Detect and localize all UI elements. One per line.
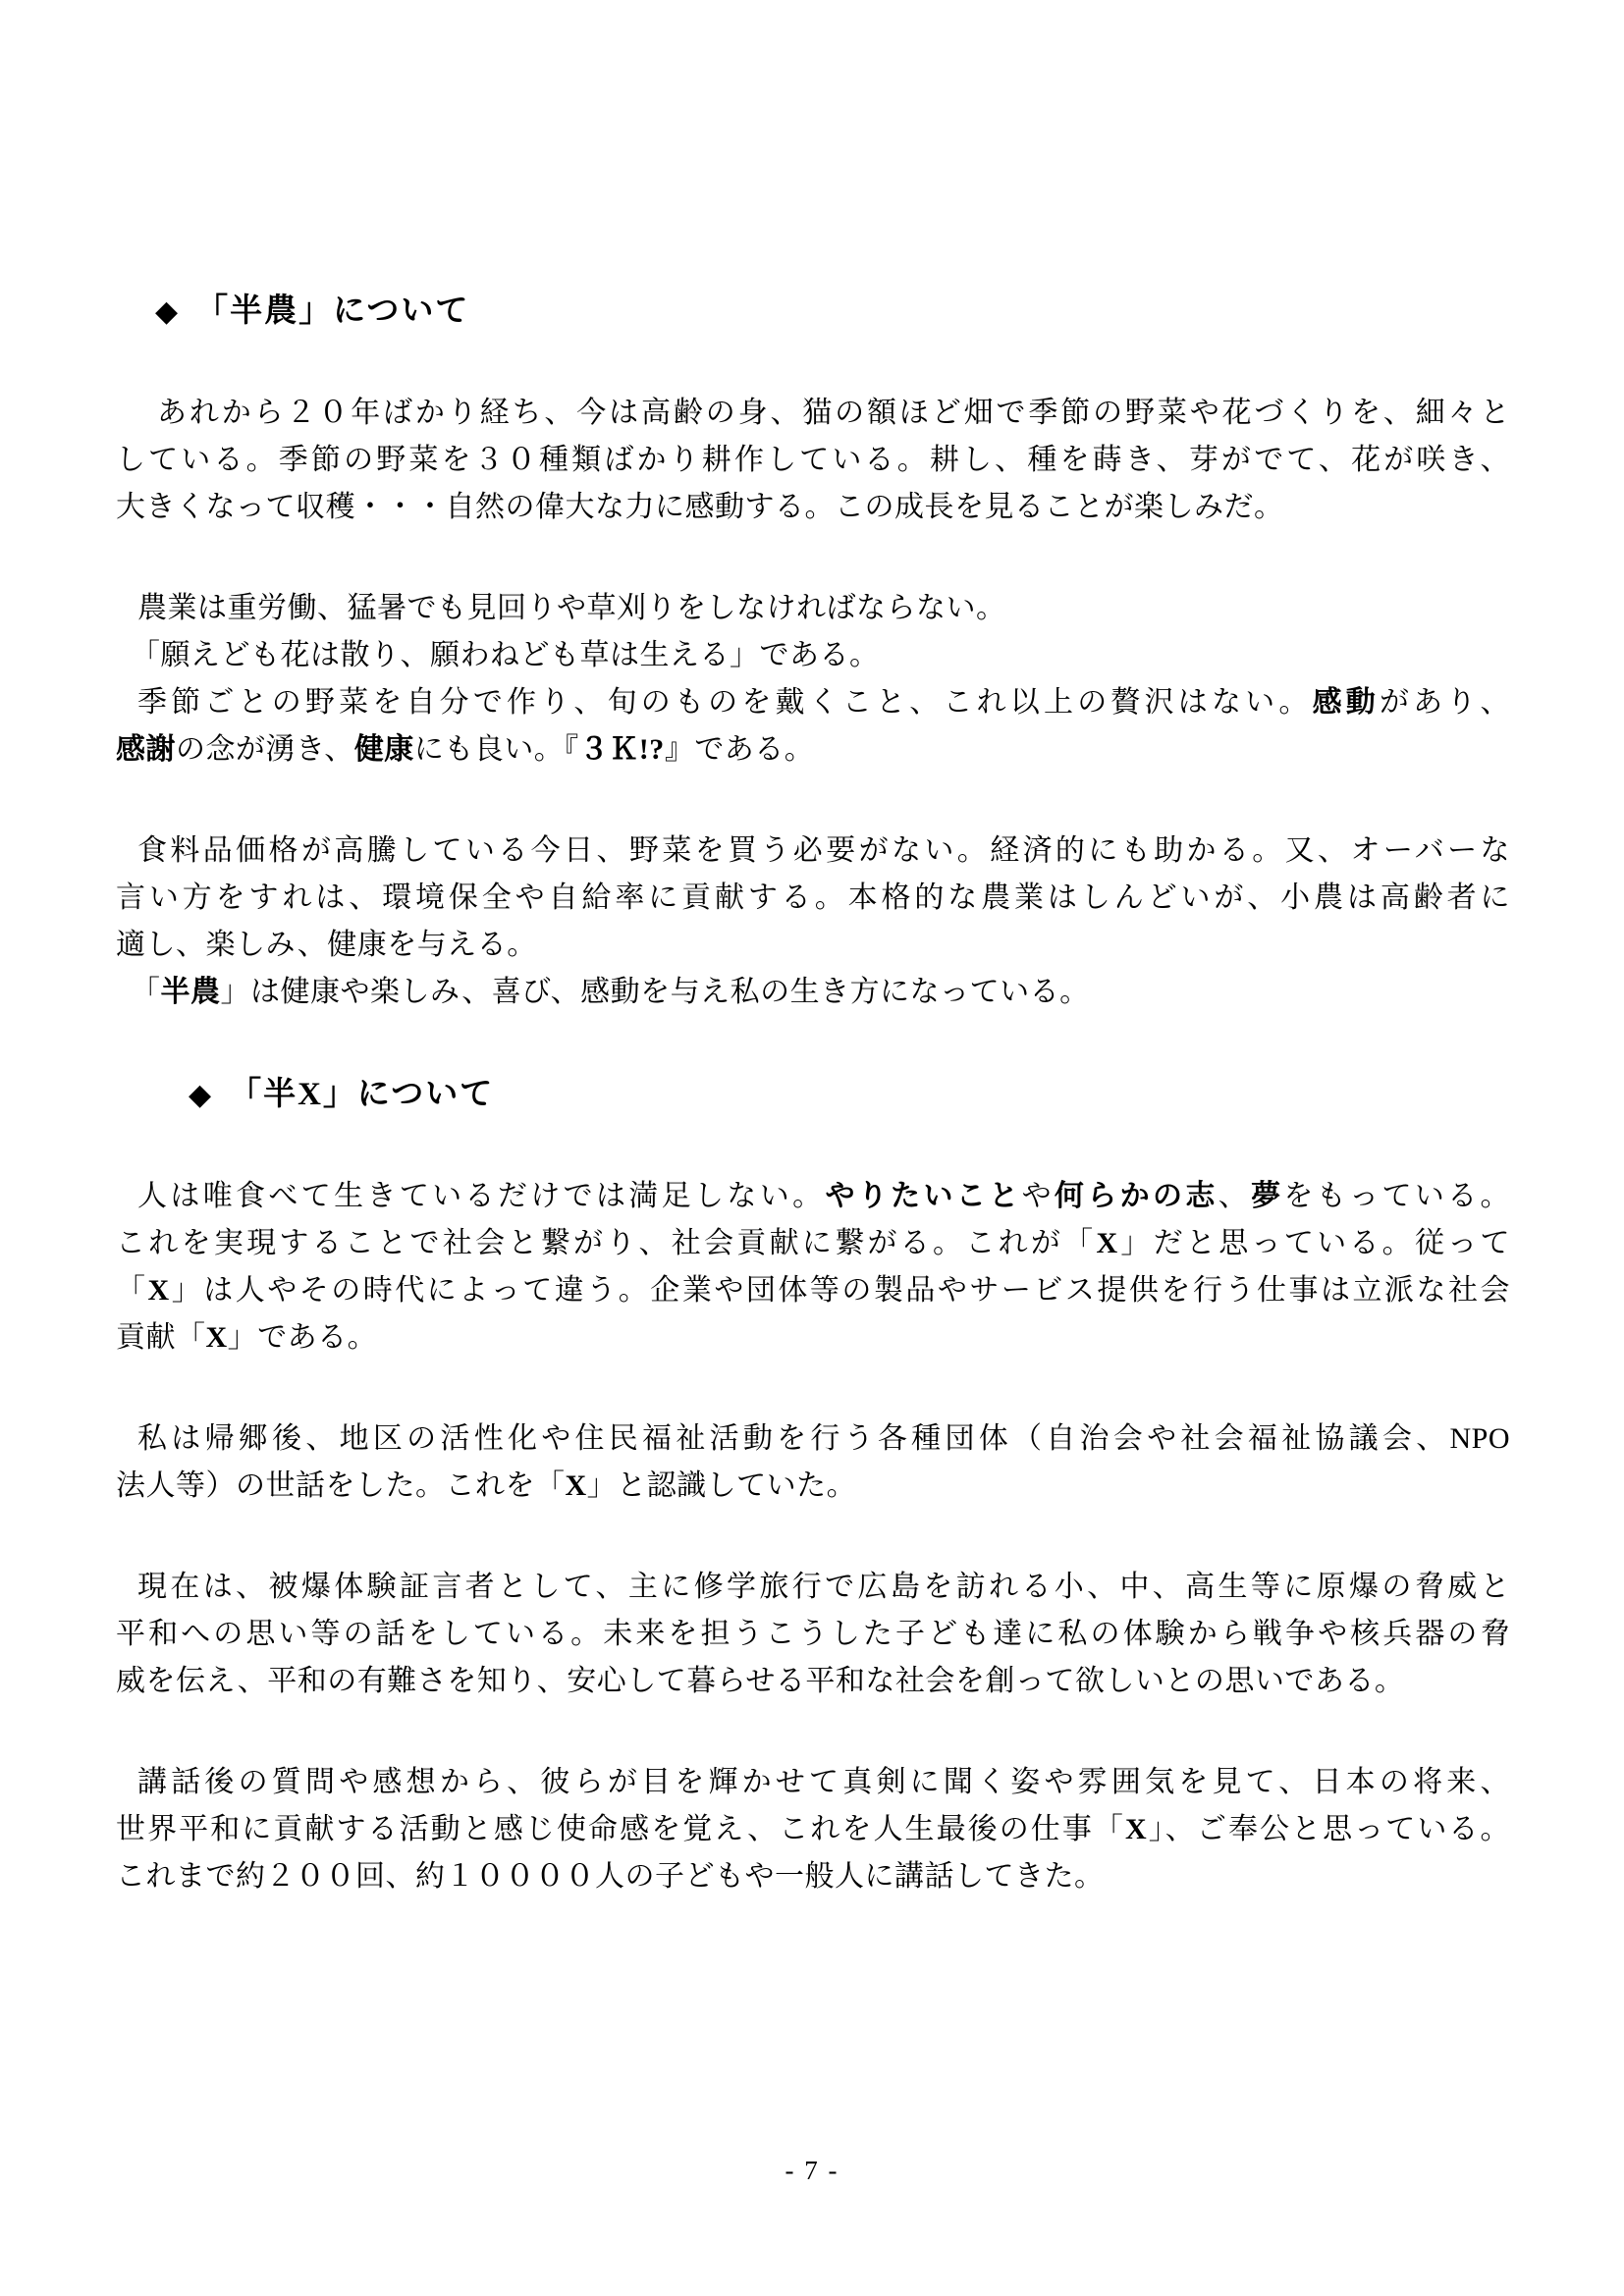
text-line: 言い方をすれは、環境保全や自給率に貢献する。本格的な農業はしんどいが、小農は高齢… bbox=[116, 875, 1510, 922]
text-segment: 農業は重労働、猛暑でも見回りや草刈りをしなければならない。 bbox=[137, 592, 1006, 624]
text-segment: があり、 bbox=[1380, 686, 1510, 719]
text-line: 法人等）の世話をした。これを「X」と認識していた。 bbox=[116, 1463, 1510, 1510]
text-line: 貢献「X」である。 bbox=[116, 1314, 1510, 1362]
paragraph-hanx-intro: 人は唯食べて生きているだけでは満足しない。やりたいことや何らかの志、夢をもってい… bbox=[116, 1173, 1510, 1362]
heading-line: ◆「半X」について bbox=[189, 1071, 1510, 1119]
text-segment: にも良い。『 bbox=[414, 733, 579, 766]
text-segment: これまで約２００回、約１００００人の子どもや一般人に講話してきた。 bbox=[116, 1860, 1105, 1893]
text-segment: 平和への思い等の話をしている。未来を担うこうした子ども達に私の体験から戦争や核兵… bbox=[116, 1618, 1510, 1650]
bold-text-segment: 感謝 bbox=[116, 733, 176, 766]
diamond-bullet-icon: ◆ bbox=[155, 289, 180, 336]
document-page: ◆「半農」についてあれから２０年ばかり経ち、今は高齢の身、猫の額ほど畑で季節の野… bbox=[0, 0, 1624, 2296]
paragraph-economy-environment: 食料品価格が高騰している今日、野菜を買う必要がない。経済的にも助かる。又、オーバ… bbox=[116, 828, 1510, 1016]
text-segment: 法人等）の世話をした。これを「 bbox=[116, 1469, 566, 1502]
text-line: 現在は、被爆体験証言者として、主に修学旅行で広島を訪れる小、中、高生等に原爆の脅… bbox=[116, 1564, 1510, 1611]
text-line: 「願えども花は散り、願わねども草は生える」である。 bbox=[116, 632, 1510, 679]
paragraph-hibaku-testimony: 現在は、被爆体験証言者として、主に修学旅行で広島を訪れる小、中、高生等に原爆の脅… bbox=[116, 1564, 1510, 1705]
text-segment: 人は唯食べて生きているだけでは満足しない。 bbox=[137, 1180, 825, 1212]
bold-text-segment: 半農 bbox=[161, 976, 221, 1008]
paragraph-farm-labor-and-reward: 農業は重労働、猛暑でも見回りや草刈りをしなければならない。「願えども花は散り、願… bbox=[116, 585, 1510, 774]
text-segment: している。季節の野菜を３０種類ばかり耕作している。耕し、種を蒔き、芽がでて、花が… bbox=[116, 444, 1510, 476]
text-segment: をもっている。 bbox=[1283, 1180, 1510, 1212]
bold-text-segment: X bbox=[566, 1469, 587, 1502]
text-segment: 大きくなって収穫・・・自然の偉大な力に感動する。この成長を見ることが楽しみだ。 bbox=[116, 491, 1284, 523]
paragraph-lectures-mission: 講話後の質問や感想から、彼らが目を輝かせて真剣に聞く姿や雰囲気を見て、日本の将来… bbox=[116, 1759, 1510, 1900]
bold-text-segment: X bbox=[148, 1274, 170, 1307]
text-segment: 」、ご奉公と思っている。 bbox=[1147, 1813, 1510, 1845]
bold-text-segment: X bbox=[1096, 1227, 1117, 1259]
text-line: している。季節の野菜を３０種類ばかり耕作している。耕し、種を蒔き、芽がでて、花が… bbox=[116, 437, 1510, 484]
text-segment: や bbox=[1022, 1180, 1055, 1212]
text-line: あれから２０年ばかり経ち、今は高齢の身、猫の額ほど畑で季節の野菜や花づくりを、細… bbox=[116, 390, 1510, 437]
bold-text-segment: X bbox=[206, 1321, 228, 1354]
text-segment: 私は帰郷後、地区の活性化や住民福祉活動を行う各種団体（自治会や社会福祉協議会、N… bbox=[137, 1422, 1510, 1455]
bold-text-segment: 健康 bbox=[354, 733, 414, 766]
text-line: 農業は重労働、猛暑でも見回りや草刈りをしなければならない。 bbox=[116, 585, 1510, 632]
text-segment: 「半X」について bbox=[229, 1077, 494, 1112]
text-segment: 』である。 bbox=[665, 733, 815, 766]
text-segment: 「 bbox=[116, 1274, 148, 1307]
text-segment: 「 bbox=[131, 976, 161, 1008]
document-body: ◆「半農」についてあれから２０年ばかり経ち、今は高齢の身、猫の額ほど畑で季節の野… bbox=[116, 288, 1510, 1954]
text-segment: 現在は、被爆体験証言者として、主に修学旅行で広島を訪れる小、中、高生等に原爆の脅… bbox=[137, 1571, 1510, 1603]
text-segment: 世界平和に貢献する活動と感じ使命感を覚え、これを人生最後の仕事「 bbox=[116, 1813, 1125, 1845]
diamond-bullet-icon: ◆ bbox=[189, 1072, 213, 1119]
bold-text-segment: 感動 bbox=[1313, 686, 1380, 719]
text-segment: 、 bbox=[1218, 1180, 1251, 1212]
text-line: 私は帰郷後、地区の活性化や住民福祉活動を行う各種団体（自治会や社会福祉協議会、N… bbox=[116, 1415, 1510, 1463]
paragraph-hannou-intro: あれから２０年ばかり経ち、今は高齢の身、猫の額ほど畑で季節の野菜や花づくりを、細… bbox=[116, 390, 1510, 531]
text-line: 大きくなって収穫・・・自然の偉大な力に感動する。この成長を見ることが楽しみだ。 bbox=[116, 484, 1510, 531]
heading-line: ◆「半農」について bbox=[155, 288, 1510, 336]
text-segment: 」は人やその時代によって違う。企業や団体等の製品やサービス提供を行う仕事は立派な… bbox=[170, 1274, 1510, 1307]
text-segment: 」だと思っている。従って bbox=[1118, 1227, 1510, 1259]
section-heading-hanx: ◆「半X」について bbox=[116, 1071, 1510, 1119]
text-line: 平和への思い等の話をしている。未来を担うこうした子ども達に私の体験から戦争や核兵… bbox=[116, 1611, 1510, 1658]
page-number-footer: - 7 - bbox=[0, 2156, 1624, 2186]
text-segment: 」は健康や楽しみ、喜び、感動を与え私の生き方になっている。 bbox=[221, 976, 1090, 1008]
text-segment: 「半農」について bbox=[195, 294, 469, 329]
section-heading-hannou: ◆「半農」について bbox=[116, 288, 1510, 336]
text-line: 感謝の念が湧き、健康にも良い。『３Ｋ!?』である。 bbox=[116, 726, 1510, 774]
bold-text-segment: 夢 bbox=[1251, 1180, 1283, 1212]
text-line: これを実現することで社会と繋がり、社会貢献に繋がる。これが「X」だと思っている。… bbox=[116, 1220, 1510, 1267]
text-segment: これを実現することで社会と繋がり、社会貢献に繋がる。これが「 bbox=[116, 1227, 1096, 1259]
text-segment: 季節ごとの野菜を自分で作り、旬のものを戴くこと、これ以上の贅沢はない。 bbox=[137, 686, 1313, 719]
text-line: 食料品価格が高騰している今日、野菜を買う必要がない。経済的にも助かる。又、オーバ… bbox=[116, 828, 1510, 875]
bold-text-segment: やりたいこと bbox=[825, 1180, 1021, 1212]
text-segment: 」である。 bbox=[228, 1321, 378, 1354]
paragraph-community-work: 私は帰郷後、地区の活性化や住民福祉活動を行う各種団体（自治会や社会福祉協議会、N… bbox=[116, 1415, 1510, 1510]
text-line: 人は唯食べて生きているだけでは満足しない。やりたいことや何らかの志、夢をもってい… bbox=[116, 1173, 1510, 1220]
text-segment: 言い方をすれは、環境保全や自給率に貢献する。本格的な農業はしんどいが、小農は高齢… bbox=[116, 881, 1510, 914]
text-segment: 「願えども花は散り、願わねども草は生える」である。 bbox=[131, 639, 880, 671]
text-line: 講話後の質問や感想から、彼らが目を輝かせて真剣に聞く姿や雰囲気を見て、日本の将来… bbox=[116, 1759, 1510, 1806]
bold-text-segment: ３Ｋ!? bbox=[579, 733, 665, 766]
text-segment: 食料品価格が高騰している今日、野菜を買う必要がない。経済的にも助かる。又、オーバ… bbox=[137, 834, 1510, 867]
text-segment: の念が湧き、 bbox=[176, 733, 354, 766]
text-line: 威を伝え、平和の有難さを知り、安心して暮らせる平和な社会を創って欲しいとの思いで… bbox=[116, 1658, 1510, 1705]
bold-text-segment: X bbox=[1125, 1813, 1147, 1845]
text-segment: 講話後の質問や感想から、彼らが目を輝かせて真剣に聞く姿や雰囲気を見て、日本の将来… bbox=[137, 1766, 1510, 1798]
text-segment: 貢献「 bbox=[116, 1321, 206, 1354]
text-segment: 威を伝え、平和の有難さを知り、安心して暮らせる平和な社会を創って欲しいとの思いで… bbox=[116, 1665, 1404, 1697]
text-line: 「半農」は健康や楽しみ、喜び、感動を与え私の生き方になっている。 bbox=[116, 969, 1510, 1016]
text-line: 季節ごとの野菜を自分で作り、旬のものを戴くこと、これ以上の贅沢はない。感動があり… bbox=[116, 679, 1510, 726]
text-line: 「X」は人やその時代によって違う。企業や団体等の製品やサービス提供を行う仕事は立… bbox=[116, 1267, 1510, 1314]
text-line: 適し、楽しみ、健康を与える。 bbox=[116, 922, 1510, 969]
bold-text-segment: 何らかの志 bbox=[1055, 1180, 1218, 1212]
text-line: これまで約２００回、約１００００人の子どもや一般人に講話してきた。 bbox=[116, 1853, 1510, 1900]
text-segment: 」と認識していた。 bbox=[587, 1469, 857, 1502]
text-segment: あれから２０年ばかり経ち、今は高齢の身、猫の額ほど畑で季節の野菜や花づくりを、細… bbox=[157, 397, 1510, 429]
text-line: 世界平和に貢献する活動と感じ使命感を覚え、これを人生最後の仕事「X」、ご奉公と思… bbox=[116, 1806, 1510, 1853]
text-segment: 適し、楽しみ、健康を与える。 bbox=[116, 929, 537, 961]
